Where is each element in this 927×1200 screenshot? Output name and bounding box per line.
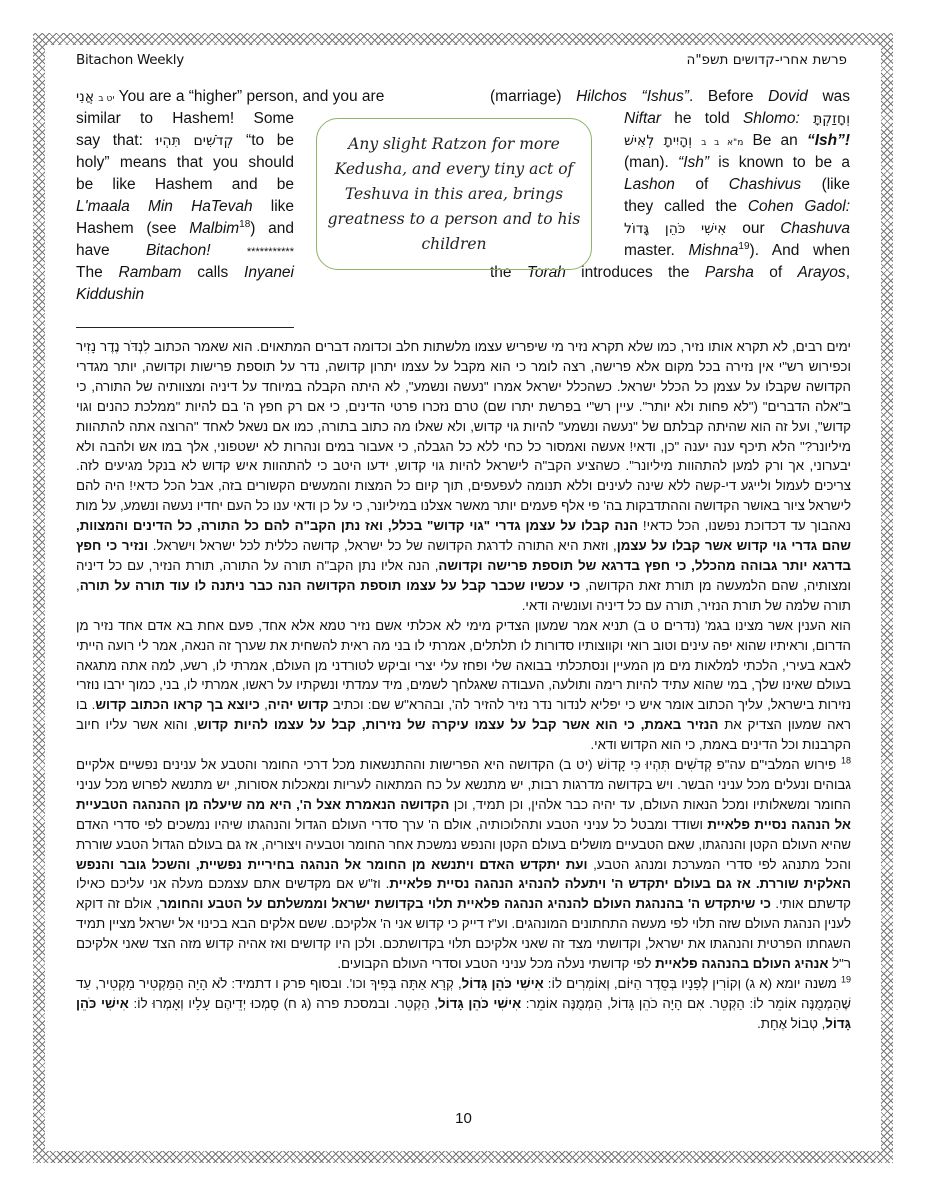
text-line: (man). “Ish” is known to be a [624,152,850,174]
text-line: they called the Cohen Gadol: [624,196,850,218]
text-line: אֲנִי יט ב You are a “higher” person, an… [76,86,476,108]
text-line: master. Mishna19). And when [624,240,850,262]
text-line: וְהָיִיתָ לְאִישׁ מ"א ב ב Be an “Ish”! [624,130,850,152]
parsha-title: פרשת אחרי-קדושים תשפ"ה [687,52,848,68]
text-line: Niftar he told Shlomo: וְחָזַקְתָּ [624,108,850,130]
footnote-18: 18 פירוש המלבי"ם עה"פ קְדֹשִׁים תִּהְיוּ… [76,755,851,974]
verse-ref: מ"א ב ב [701,138,743,148]
footnote-number: 19 [841,975,851,985]
pull-quote-box: Any slight Ratzon for more Kedusha, and … [316,118,592,270]
text-line: אִישִׁי כֹּהֵן גָּדוֹל our Chashuva [624,218,850,240]
text-line: similar to Hashem! Some [76,108,294,130]
footnotes-section: ימים רבים, לא תקרא אותו נזיר, כמו שלא תק… [76,337,851,1034]
footnote-separator [76,327,294,328]
text-line: Lashon of Chashivus (like [624,174,850,196]
text-line: (marriage) Hilchos “Ishus”. Before Dovid… [490,86,850,108]
footnote-continued: ימים רבים, לא תקרא אותו נזיר, כמו שלא תק… [76,337,851,616]
text-line: have Bitachon! *********** [76,240,294,262]
page-number: 10 [0,1110,927,1127]
page-header: Bitachon Weekly פרשת אחרי-קדושים תשפ"ה [76,52,847,72]
publication-title: Bitachon Weekly [76,52,184,68]
text-line: holy” means that you should [76,152,294,174]
footnote-19: 19 משנה יומא (א ג) וְקוֹרִין לְפָנָיו בְ… [76,974,851,1034]
text-line: L'maala Min HaTevah like [76,196,294,218]
text-line: Hashem (see Malbim18) and [76,218,294,240]
footnote-continued-para2: הוא הענין אשר מצינו בגמ' (נדרים ט ב) תני… [76,616,851,755]
text-line: The Rambam calls Inyanei Kiddushin [76,262,294,284]
footnote-number: 18 [841,756,851,766]
text-line: be like Hashem and be [76,174,294,196]
text-line: say that: קְדֹשִׁים תִּהְיוּ “to be [76,130,294,152]
verse-ref: יט ב [98,94,114,104]
footnote-ref-18: 18 [239,219,250,230]
separator-asterisks: *********** [247,246,294,258]
footnote-ref-19: 19 [738,241,749,252]
pull-quote-text: Any slight Ratzon for more Kedusha, and … [327,132,581,257]
